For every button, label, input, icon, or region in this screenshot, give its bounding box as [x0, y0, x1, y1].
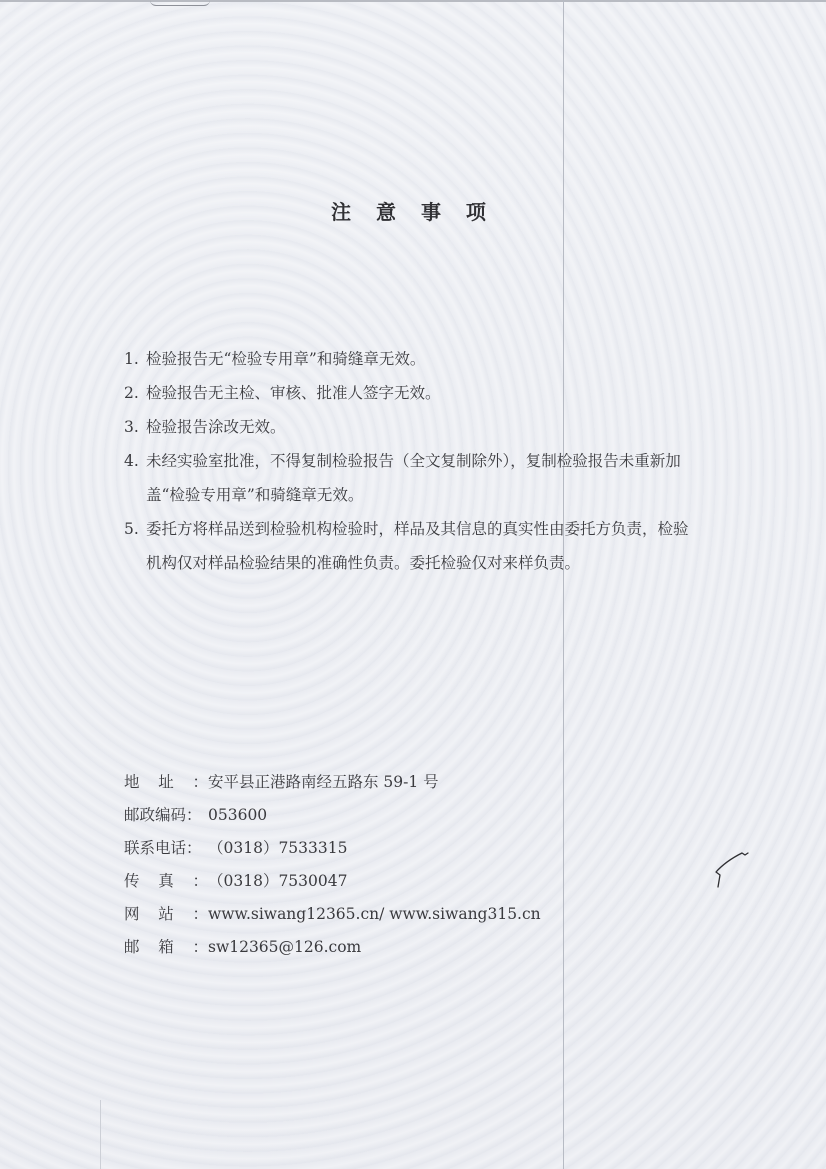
- contact-fax: 传真：（0318）7530047: [124, 865, 541, 898]
- document-page: 注 意 事 项 1. 检验报告无“检验专用章”和骑缝章无效。 2. 检验报告无主…: [0, 0, 826, 1169]
- note-number: 2.: [124, 376, 146, 410]
- contact-label: 联系电话：: [124, 832, 208, 865]
- contact-address: 地址：安平县正港路南经五路东 59-1 号: [124, 766, 541, 799]
- contact-label: 网站：: [124, 898, 208, 931]
- note-number: 5.: [124, 512, 146, 546]
- contact-label: 地址：: [124, 766, 208, 799]
- fold-line-bottom: [100, 1100, 101, 1169]
- contact-value: （0318）7533315: [208, 832, 347, 865]
- contact-value: 安平县正港路南经五路东 59-1 号: [208, 766, 439, 799]
- contact-label: 传真：: [124, 865, 208, 898]
- note-item: 1. 检验报告无“检验专用章”和骑缝章无效。: [124, 342, 744, 376]
- signature-mark-icon: [712, 845, 762, 895]
- note-text: 检验报告无“检验专用章”和骑缝章无效。: [124, 342, 744, 376]
- page-title: 注 意 事 项: [0, 196, 826, 225]
- note-item: 3. 检验报告涂改无效。: [124, 410, 744, 444]
- note-number: 1.: [124, 342, 146, 376]
- note-number: 4.: [124, 444, 146, 478]
- contact-value: www.siwang12365.cn/ www.siwang315.cn: [208, 898, 541, 931]
- contact-postcode: 邮政编码：053600: [124, 799, 541, 832]
- contact-value: （0318）7530047: [208, 865, 347, 898]
- fold-line: [563, 0, 564, 1169]
- note-text: 委托方将样品送到检验机构检验时，样品及其信息的真实性由委托方负责，检验机构仅对样…: [124, 512, 691, 580]
- note-text: 未经实验室批准，不得复制检验报告（全文复制除外），复制检验报告未重新加盖“检验专…: [124, 444, 711, 512]
- page-top-edge: [0, 0, 826, 2]
- note-item: 2. 检验报告无主检、审核、批准人签字无效。: [124, 376, 744, 410]
- contact-website: 网站：www.siwang12365.cn/ www.siwang315.cn: [124, 898, 541, 931]
- note-text: 检验报告涂改无效。: [124, 410, 744, 444]
- contact-label: 邮政编码：: [124, 799, 208, 832]
- contact-email: 邮箱：sw12365@126.com: [124, 931, 541, 964]
- note-number: 3.: [124, 410, 146, 444]
- note-item: 4. 未经实验室批准，不得复制检验报告（全文复制除外），复制检验报告未重新加盖“…: [124, 444, 744, 512]
- contact-value: 053600: [208, 799, 267, 832]
- note-text: 检验报告无主检、审核、批准人签字无效。: [124, 376, 744, 410]
- contact-value: sw12365@126.com: [208, 931, 361, 964]
- scan-mark: [150, 0, 210, 6]
- contact-label: 邮箱：: [124, 931, 208, 964]
- contact-info: 地址：安平县正港路南经五路东 59-1 号 邮政编码：053600 联系电话：（…: [124, 766, 541, 964]
- notes-list: 1. 检验报告无“检验专用章”和骑缝章无效。 2. 检验报告无主检、审核、批准人…: [124, 342, 744, 580]
- note-item: 5. 委托方将样品送到检验机构检验时，样品及其信息的真实性由委托方负责，检验机构…: [124, 512, 744, 580]
- contact-phone: 联系电话：（0318）7533315: [124, 832, 541, 865]
